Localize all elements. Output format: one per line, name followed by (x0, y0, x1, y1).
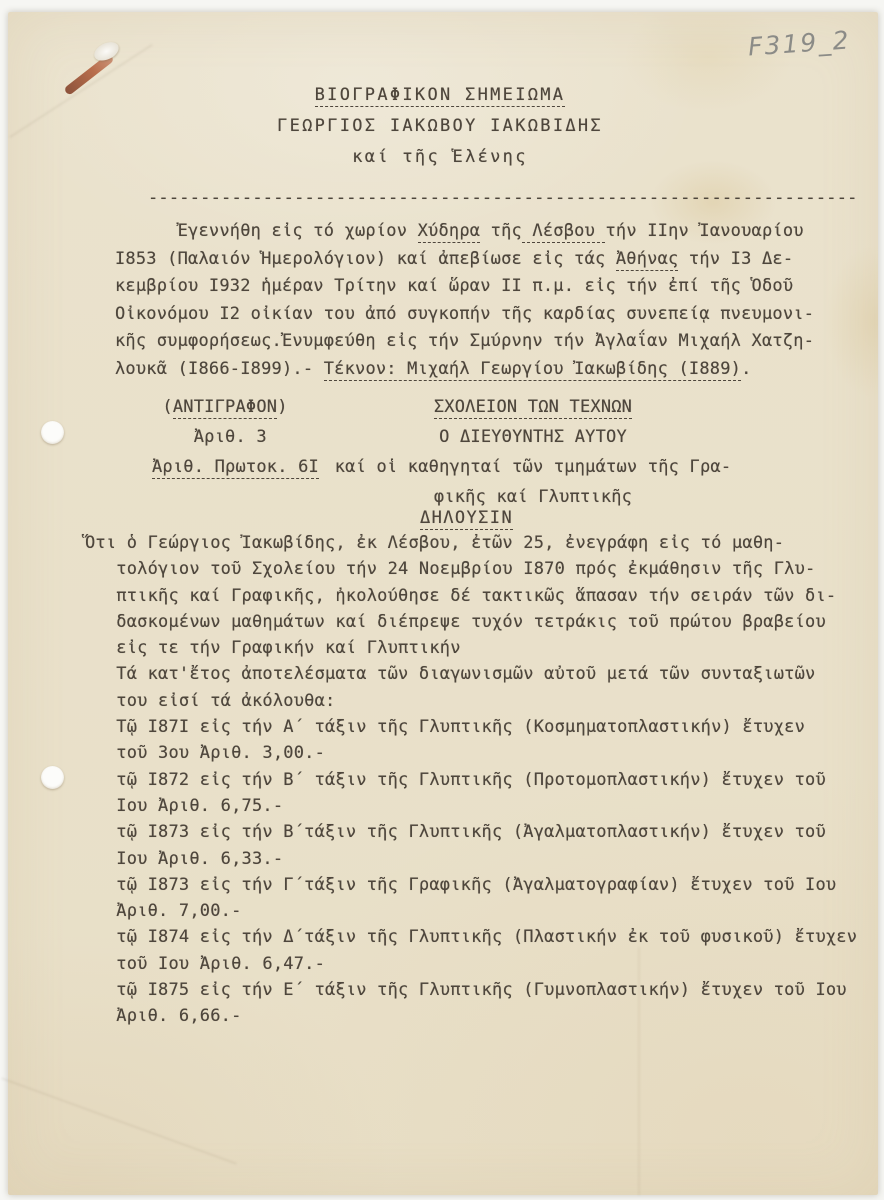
copy-reference-header: (ΑΝΤΙΓΡΑΦΟΝ) Ἀριθ. 3Ἀριθ. Πρωτοκ. 6I (152, 392, 319, 482)
punch-hole-bottom (41, 766, 64, 789)
punch-hole-top (41, 421, 64, 444)
document-title-block: ΒΙΟΓΡΑΦΙΚΟΝ ΣΗΜΕΙΩΜΑΓΕΩΡΓΙΟΣ ΙΑΚΩΒΟΥ ΙΑΚ… (8, 80, 872, 173)
school-of-arts-header: ΣΧΟΛΕΙΟΝ ΤΩΝ ΤΕΧΝΩΝΟ ΔΙΕΥΘΥΝΤΗΣ ΑΥΤΟΥκαί… (298, 392, 768, 512)
paper-crease-bottom-left (1, 1077, 237, 1164)
biography-paragraph: Ἐγεννήθη εἰς τό χωρίον Χύδηρα τῆς Λέσβου… (115, 218, 814, 384)
separator-line: ----------------------------------------… (148, 190, 858, 206)
declaration-paragraph: Ὅτι ὁ Γεώργιος Ἰακωβίδης, ἐκ Λέσβου, ἐτῶ… (85, 530, 857, 1030)
document-page: F319_2 ΒΙΟΓΡΑΦΙΚΟΝ ΣΗΜΕΙΩΜΑΓΕΩΡΓΙΟΣ ΙΑΚΩ… (8, 12, 878, 1195)
archival-code-annotation: F319_2 (747, 24, 879, 62)
declaration-heading: ΔΗΛΟΥΣΙΝ (420, 508, 513, 528)
